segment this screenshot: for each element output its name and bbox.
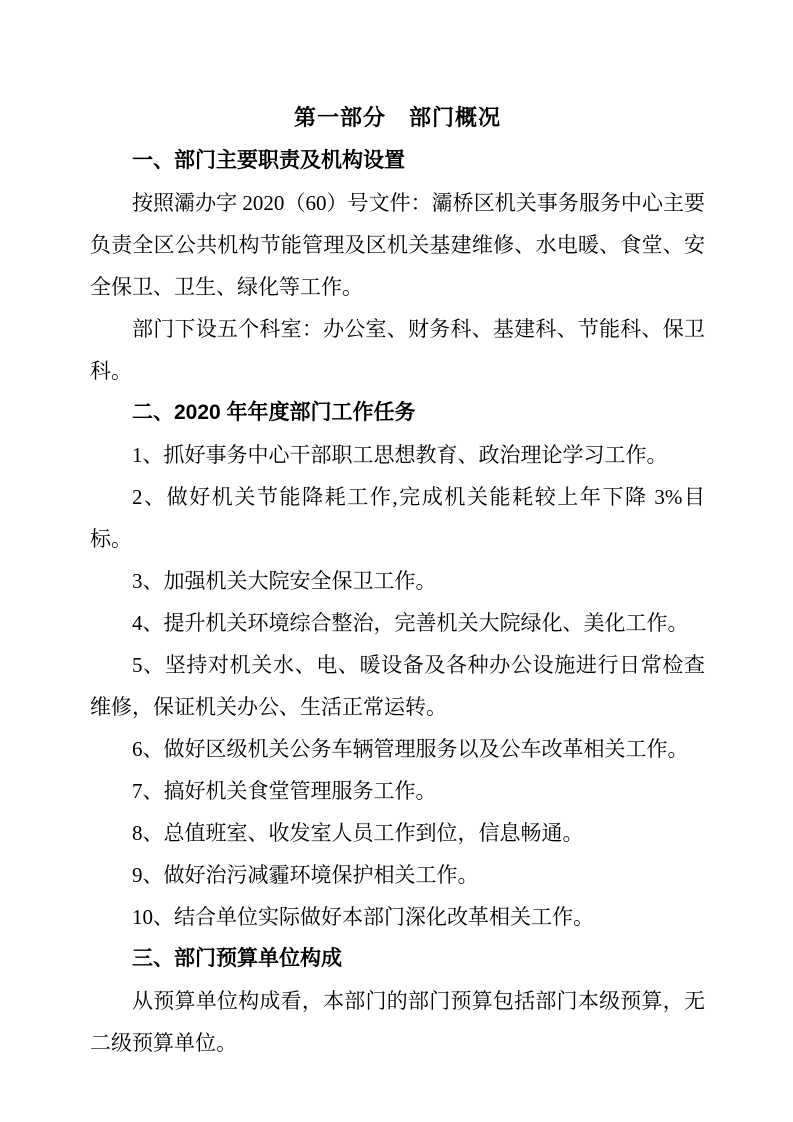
page-title: 第一部分 部门概况 xyxy=(90,96,705,140)
task-item-6: 6、做好区级机关公务车辆管理服务以及公车改革相关工作。 xyxy=(90,728,705,770)
document-content: 第一部分 部门概况 一、部门主要职责及机构设置 按照灞办字 2020（60）号文… xyxy=(90,96,705,1064)
task-item-4: 4、提升机关环境综合整治，完善机关大院绿化、美化工作。 xyxy=(90,602,705,644)
paragraph-duties: 按照灞办字 2020（60）号文件：灞桥区机关事务服务中心主要负责全区公共机构节… xyxy=(90,182,705,308)
task-item-10: 10、结合单位实际做好本部门深化改革相关工作。 xyxy=(90,896,705,938)
paragraph-offices: 部门下设五个科室：办公室、财务科、基建科、节能科、保卫科。 xyxy=(90,308,705,392)
task-item-5: 5、坚持对机关水、电、暖设备及各种办公设施进行日常检查维修，保证机关办公、生活正… xyxy=(90,644,705,728)
task-item-7: 7、搞好机关食堂管理服务工作。 xyxy=(90,770,705,812)
section-heading-tasks: 二、2020 年年度部门工作任务 xyxy=(90,392,705,434)
task-item-9: 9、做好治污减霾环境保护相关工作。 xyxy=(90,854,705,896)
document-page: 第一部分 部门概况 一、部门主要职责及机构设置 按照灞办字 2020（60）号文… xyxy=(0,0,793,1122)
task-item-8: 8、总值班室、收发室人员工作到位，信息畅通。 xyxy=(90,812,705,854)
task-item-2: 2、做好机关节能降耗工作,完成机关能耗较上年下降 3%目标。 xyxy=(90,476,705,560)
task-item-3: 3、加强机关大院安全保卫工作。 xyxy=(90,560,705,602)
paragraph-budget-units: 从预算单位构成看，本部门的部门预算包括部门本级预算，无二级预算单位。 xyxy=(90,980,705,1064)
task-item-1: 1、抓好事务中心干部职工思想教育、政治理论学习工作。 xyxy=(90,434,705,476)
section-heading-budget-units: 三、部门预算单位构成 xyxy=(90,938,705,980)
section-heading-duties: 一、部门主要职责及机构设置 xyxy=(90,140,705,182)
